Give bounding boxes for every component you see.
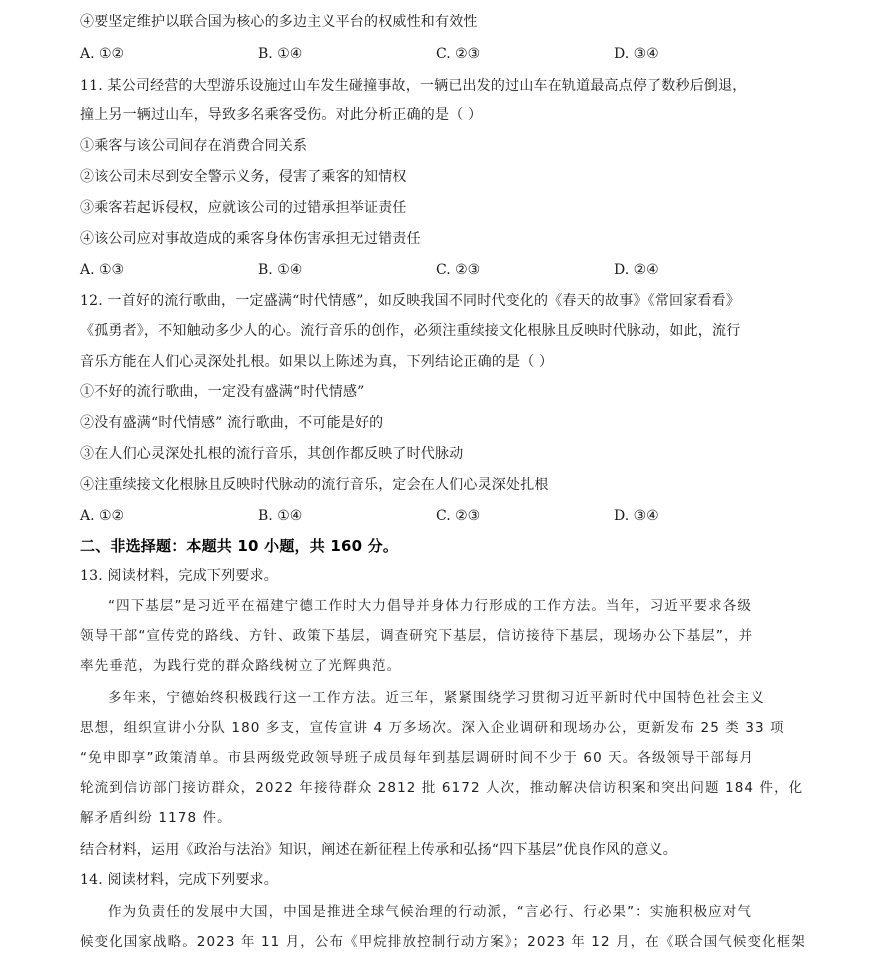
q10-item-4: ④要坚定维护以联合国为核心的多边主义平台的权威性和有效性 xyxy=(80,12,800,32)
q13-material-line-4: 多年来，宁德始终积极践行这一工作方法。近三年，紧紧围绕学习贯彻习近平新时代中国特… xyxy=(108,688,800,708)
section-heading: 二、非选择题：本题共 10 小题，共 160 分。 xyxy=(80,536,800,556)
q13-material-line-2: 领导干部“宣传党的路线、方针、政策下基层，调查研究下基层，信访接待下基层，现场办… xyxy=(80,626,800,646)
q12-options: A. ①② B. ①④ C. ②③ D. ③④ xyxy=(80,506,800,526)
q12-item-4: ④注重续接文化根脉且反映时代脉动的流行音乐，定会在人们心灵深处扎根 xyxy=(80,475,800,495)
q12-item-2: ②没有盛满“时代情感” 流行歌曲，不可能是好的 xyxy=(80,413,800,433)
q11-option-b[interactable]: B. ①④ xyxy=(258,260,302,280)
q12-stem-line-3: 音乐方能在人们心灵深处扎根。如果以上陈述为真，下列结论正确的是（ ） xyxy=(80,352,800,372)
q12-option-c[interactable]: C. ②③ xyxy=(436,506,480,526)
q12-option-d[interactable]: D. ③④ xyxy=(614,506,659,526)
q12-stem-line-1: 12. 一首好的流行歌曲，一定盛满“时代情感”，如反映我国不同时代变化的《春天的… xyxy=(80,291,800,311)
q11-option-d[interactable]: D. ②④ xyxy=(614,260,659,280)
q10-options: A. ①② B. ①④ C. ②③ D. ③④ xyxy=(80,44,800,64)
q13-material-line-5: 思想，组织宣讲小分队 180 多支，宣传宣讲 4 万多场次。深入企业调研和现场办… xyxy=(80,718,800,738)
q10-option-b[interactable]: B. ①④ xyxy=(258,44,302,64)
q13-material-line-3: 率先垂范，为践行党的群众路线树立了光辉典范。 xyxy=(80,656,800,676)
q13-material-line-1: “四下基层”是习近平在福建宁德工作时大力倡导并身体力行形成的工作方法。当年，习近… xyxy=(108,596,800,616)
q12-option-a[interactable]: A. ①② xyxy=(80,506,124,526)
q11-option-a[interactable]: A. ①③ xyxy=(80,260,124,280)
q10-option-d[interactable]: D. ③④ xyxy=(614,44,659,64)
q11-stem-line-1: 11. 某公司经营的大型游乐设施过山车发生碰撞事故，一辆已出发的过山车在轨道最高… xyxy=(80,76,800,96)
q10-option-a[interactable]: A. ①② xyxy=(80,44,124,64)
q11-item-1: ①乘客与该公司间存在消费合同关系 xyxy=(80,136,800,156)
q14-material-line-1: 作为负责任的发展中大国，中国是推进全球气候治理的行动派，“言必行、行必果”：实施… xyxy=(108,902,800,922)
q12-stem-line-2: 《孤勇者》，不知触动多少人的心。流行音乐的创作，必须注重续接文化根脉且反映时代脉… xyxy=(80,321,800,341)
q13-material-line-8: 解矛盾纠纷 1178 件。 xyxy=(80,808,800,828)
q10-option-c[interactable]: C. ②③ xyxy=(436,44,480,64)
q11-options: A. ①③ B. ①④ C. ②③ D. ②④ xyxy=(80,260,800,280)
q13-prompt: 13. 阅读材料，完成下列要求。 xyxy=(80,566,800,586)
q13-material-line-6: “免申即享”政策清单。市县两级党政领导班子成员每年到基层调研时间不少于 60 天… xyxy=(80,748,800,768)
q12-option-b[interactable]: B. ①④ xyxy=(258,506,302,526)
q14-prompt: 14. 阅读材料，完成下列要求。 xyxy=(80,870,800,890)
q13-question: 结合材料，运用《政治与法治》知识，阐述在新征程上传承和弘扬“四下基层”优良作风的… xyxy=(80,840,800,860)
q11-stem-line-2: 撞上另一辆过山车，导致多名乘客受伤。对此分析正确的是（ ） xyxy=(80,105,800,125)
exam-page: ④要坚定维护以联合国为核心的多边主义平台的权威性和有效性 A. ①② B. ①④… xyxy=(0,0,872,974)
q11-item-3: ③乘客若起诉侵权，应就该公司的过错承担举证责任 xyxy=(80,198,800,218)
q14-material-line-2: 候变化国家战略。2023 年 11 月，公布《甲烷排放控制行动方案》；2023 … xyxy=(80,932,800,952)
q11-item-2: ②该公司未尽到安全警示义务，侵害了乘客的知情权 xyxy=(80,167,800,187)
q12-item-1: ①不好的流行歌曲，一定没有盛满“时代情感” xyxy=(80,382,800,402)
q11-option-c[interactable]: C. ②③ xyxy=(436,260,480,280)
q11-item-4: ④该公司应对事故造成的乘客身体伤害承担无过错责任 xyxy=(80,229,800,249)
q12-item-3: ③在人们心灵深处扎根的流行音乐，其创作都反映了时代脉动 xyxy=(80,444,800,464)
q13-material-line-7: 轮流到信访部门接访群众，2022 年接待群众 2812 批 6172 人次，推动… xyxy=(80,778,800,798)
